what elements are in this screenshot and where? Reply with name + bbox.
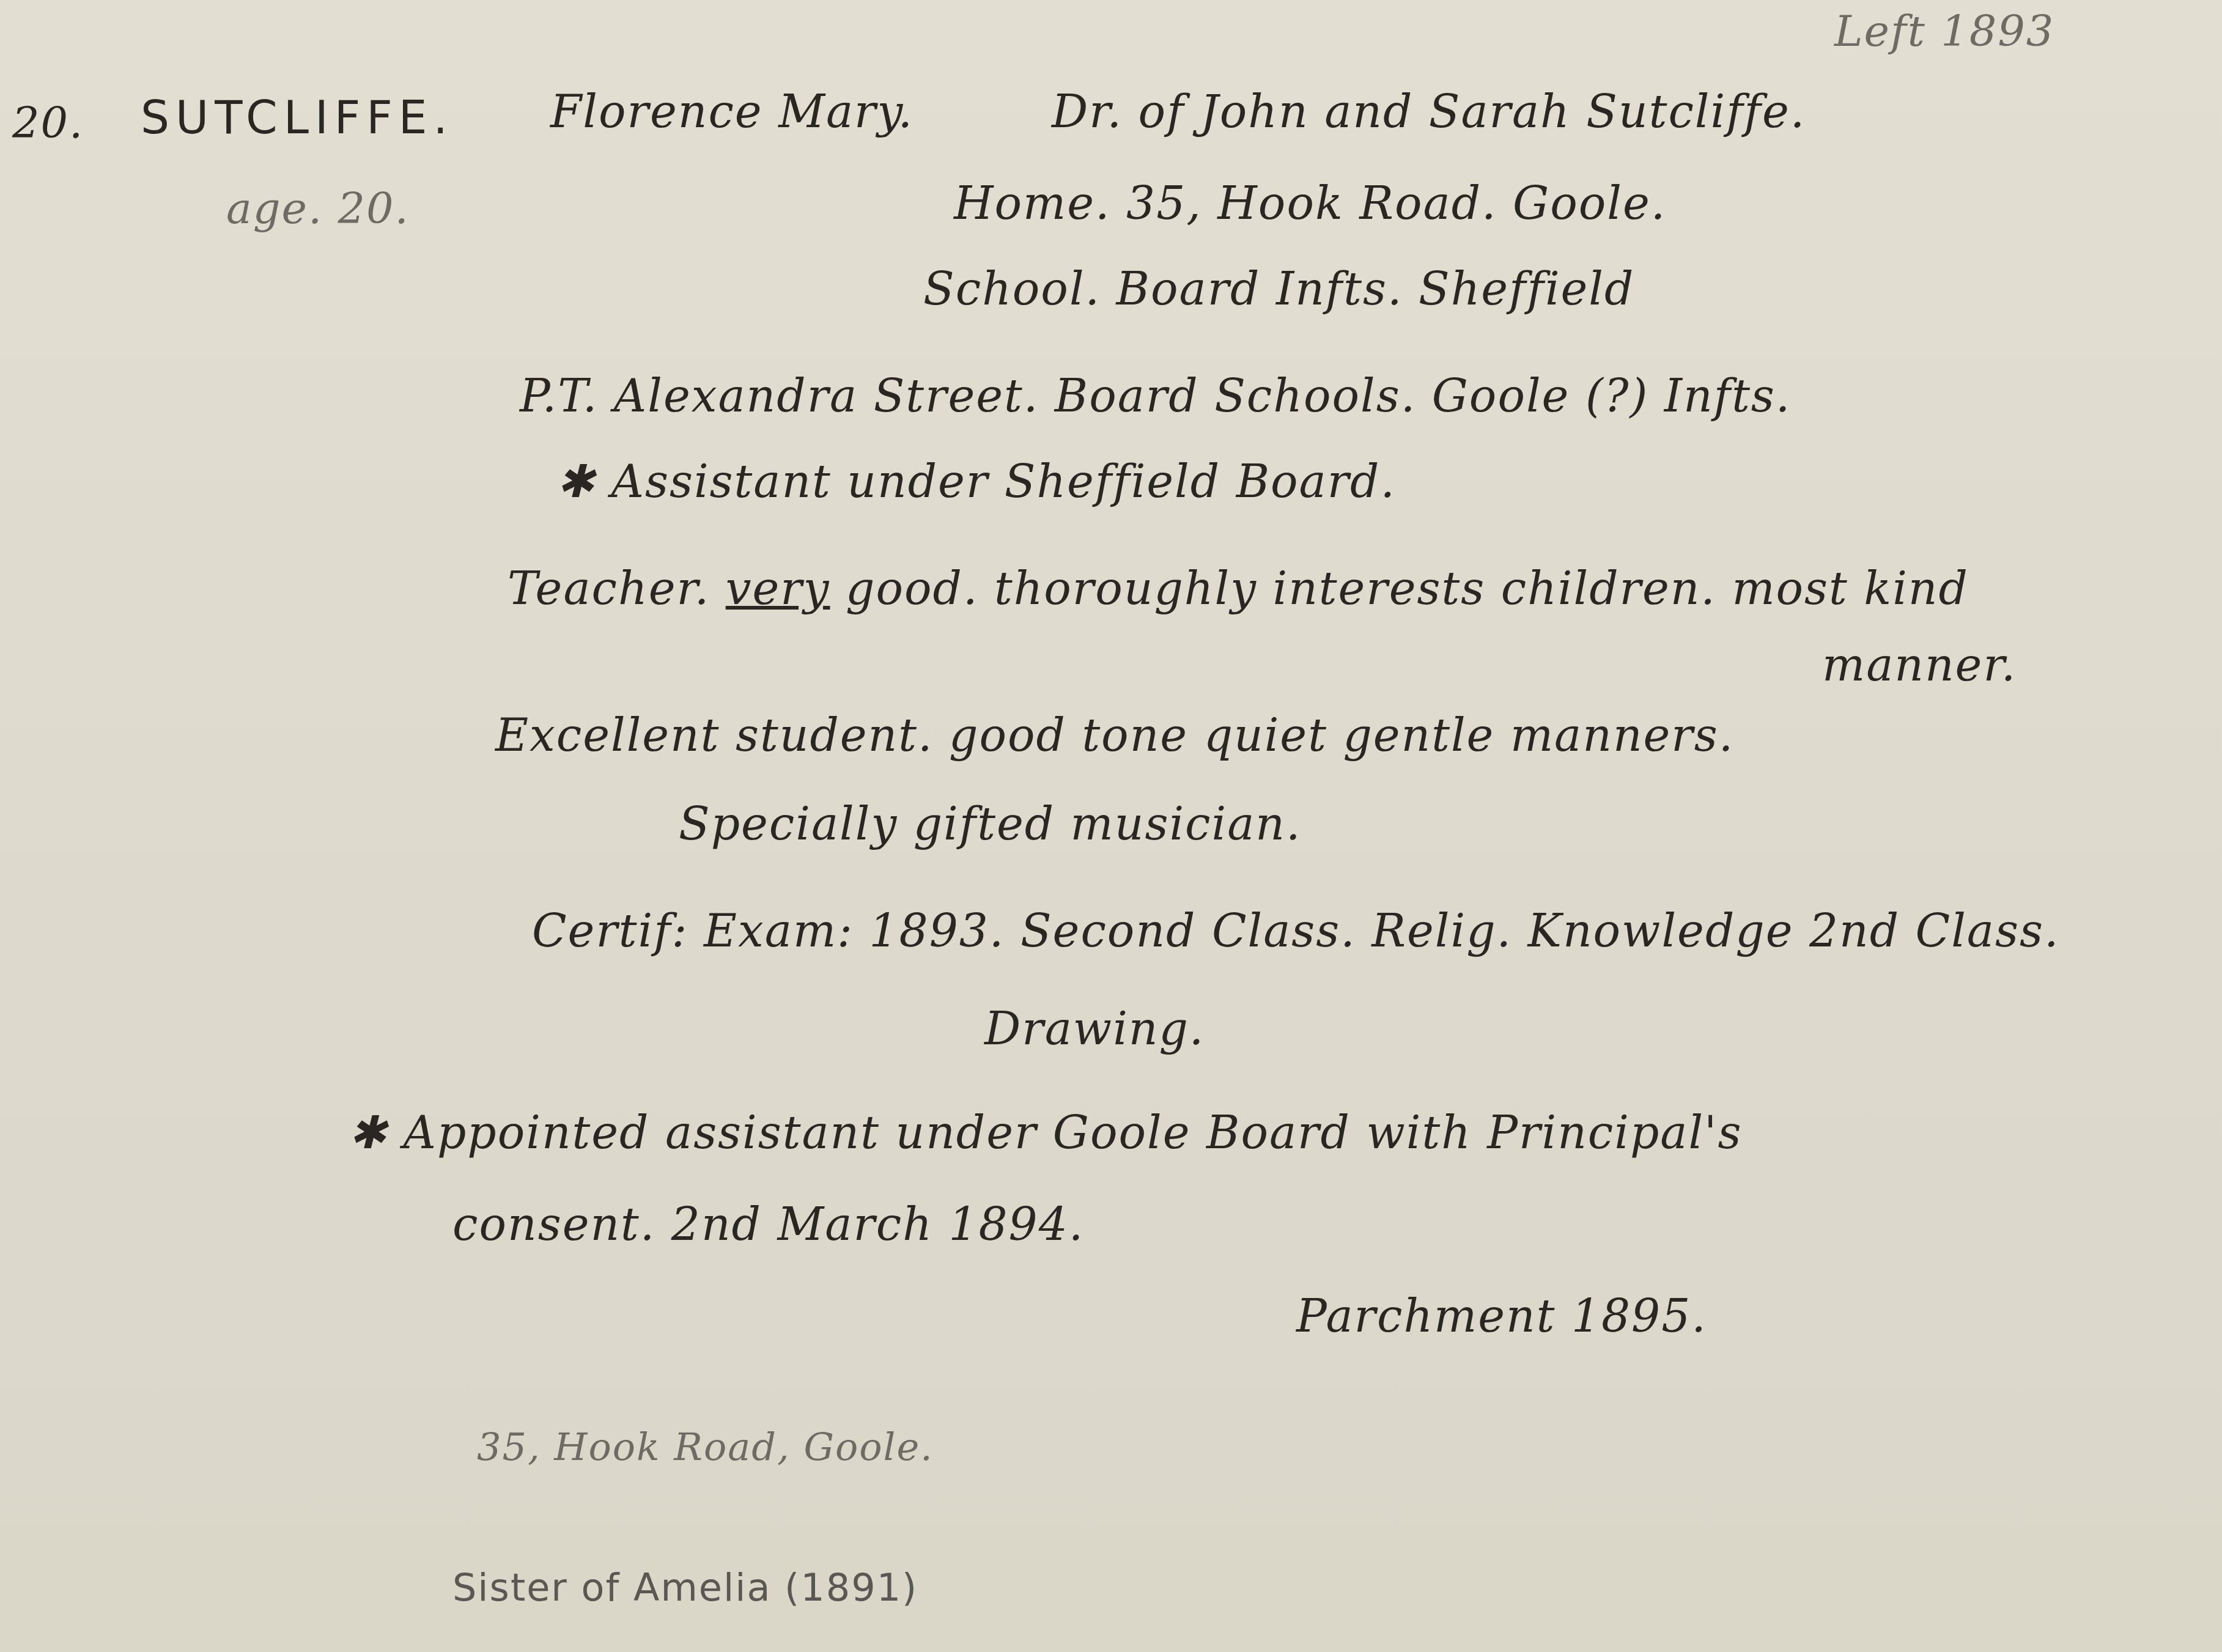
teacher-label: Teacher.: [508, 562, 710, 615]
school: School. Board Infts. Sheffield: [923, 263, 1634, 315]
sibling-note: Sister of Amelia (1891): [452, 1565, 918, 1610]
register-page: Left 1893 20. SUTCLIFFE. Florence Mary. …: [0, 0, 2222, 1652]
parchment-date: Parchment 1895.: [1296, 1290, 1707, 1343]
music-note: Specially gifted musician.: [679, 798, 1301, 850]
certificate-drawing: Drawing.: [984, 1003, 1205, 1055]
assistant-note: ✱ Assistant under Sheffield Board.: [556, 455, 1396, 508]
home-address: Home. 35, Hook Road. Goole.: [954, 177, 1666, 230]
certificate-exam: Certif: Exam: 1893. Second Class. Relig.…: [532, 905, 2059, 957]
appointment-line-1: ✱ Appointed assistant under Goole Board …: [349, 1107, 1742, 1159]
given-names: Florence Mary.: [550, 86, 914, 138]
teacher-emphasis: very: [726, 562, 830, 615]
parentage: Dr. of John and Sarah Sutcliffe.: [1052, 86, 1806, 138]
student-assessment: Excellent student. good tone quiet gentl…: [495, 709, 1734, 762]
appointment-line-2: consent. 2nd March 1894.: [452, 1198, 1084, 1251]
age: age. 20.: [226, 183, 410, 234]
teacher-remarks: good. thoroughly interests children. mos…: [846, 562, 1969, 615]
pupil-teacher-school: P.T. Alexandra Street. Board Schools. Go…: [520, 370, 1791, 422]
teacher-continuation: manner.: [1822, 639, 2017, 691]
teacher-assessment: Teacher. very good. thoroughly interests…: [508, 562, 1969, 615]
later-address: 35, Hook Road, Goole.: [477, 1425, 934, 1469]
surname: SUTCLIFFE.: [141, 92, 454, 144]
margin-note-left-date: Left 1893: [1834, 6, 2054, 56]
entry-number: 20.: [12, 98, 84, 148]
